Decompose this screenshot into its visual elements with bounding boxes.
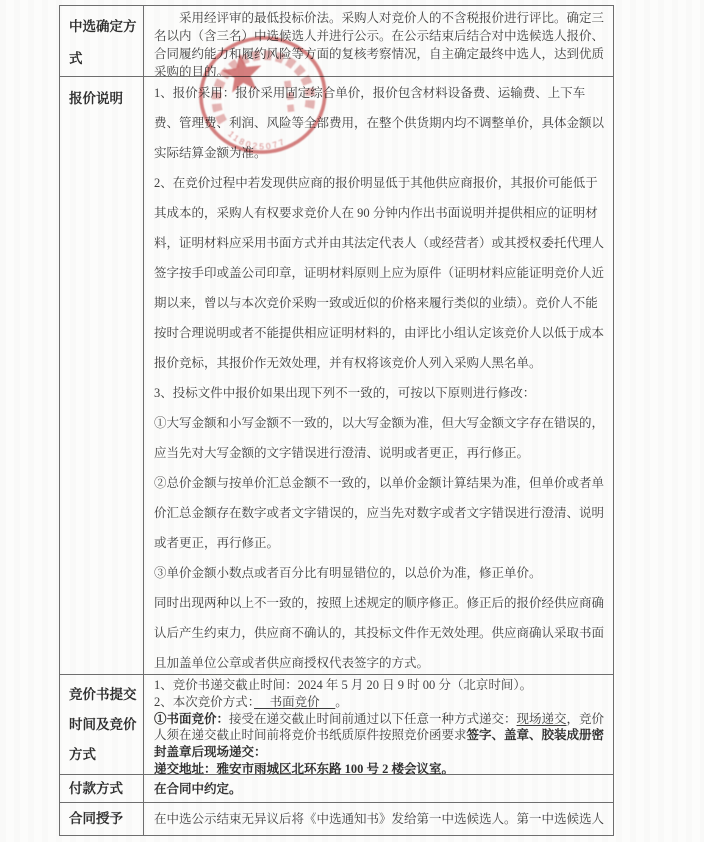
text-segment: 接受在递交截止时间前通过以下任意一种方式递交：: [229, 712, 517, 726]
rich-line: 2、本次竞价方式： 书面竞价 。: [154, 694, 605, 711]
row-label-quotation-notes: 报价说明: [60, 77, 144, 675]
text-segment: 1、竞价书递交截止时间：2024 年 5 月 20 日 9 时 00 分（北京时…: [154, 678, 532, 692]
paragraph: 2、在竞价过程中若发现供应商的报价明显低于其他供应商报价，其报价可能低于其成本的…: [154, 168, 605, 378]
text-segment: 递交地址：雅安市雨城区北环东路 100 号 2 楼会议室。: [154, 762, 454, 775]
row-content-payment-method: 在合同中约定。: [144, 775, 613, 803]
row-content-contract-award: 在中选公示结束无异议后将《中选通知书》发给第一中选候选人。第一中选候选人在: [144, 803, 613, 835]
procurement-terms-table: 中选确定方 式 采用经评审的最低投标价法。采购人对竞价人的不含税报价进行评比。确…: [59, 5, 614, 836]
row-content-selection-method: 采用经评审的最低投标价法。采购人对竞价人的不含税报价进行评比。确定三名以内（含三…: [144, 6, 613, 77]
rich-line: 1、竞价书递交截止时间：2024 年 5 月 20 日 9 时 00 分（北京时…: [154, 677, 605, 694]
text-segment: 书面竞价: [254, 695, 335, 709]
paragraph: 同时出现两种以上不一致的，按照上述规定的顺序修正。修正后的报价经供应商确认后产生…: [154, 588, 605, 675]
text-segment: 。: [335, 695, 348, 709]
row-content-submission-time-and-method: 1、竞价书递交截止时间：2024 年 5 月 20 日 9 时 00 分（北京时…: [144, 675, 613, 775]
scanned-document-page: { "page": { "background": "#fcfcfb", "te…: [0, 0, 704, 842]
row-content-quotation-notes: 1、报价采用：报价采用固定综合单价，报价包含材料设备费、运输费、上下车费、管理费…: [144, 77, 613, 675]
paragraph: ②总价金额与按单价汇总金额不一致的，以单价金额计算结果为准，但单价或者单价汇总金…: [154, 468, 605, 558]
row-label-payment-method: 付款方式: [60, 775, 144, 803]
paragraph: 1、报价采用：报价采用固定综合单价，报价包含材料设备费、运输费、上下车费、管理费…: [154, 78, 605, 168]
row-label-selection-method: 中选确定方 式: [60, 6, 144, 77]
paragraph: ③单价金额小数点或者百分比有明显错位的，以总价为准，修正单价。: [154, 558, 605, 588]
text-segment: 现场递交: [517, 712, 567, 726]
row-label-submission-time-and-method: 竞价书提交 时间及竞价 方式: [60, 675, 144, 775]
paragraph: ①大写金额和小写金额不一致的，以大写金额为准，但大写金额文字存在错误的，应当先对…: [154, 408, 605, 468]
row-label-contract-award: 合同授予: [60, 803, 144, 835]
text-segment: ①书面竞价：: [154, 712, 229, 726]
rich-line: ①书面竞价：接受在递交截止时间前通过以下任意一种方式递交：现场递交，竞价人须在递…: [154, 711, 605, 761]
rich-line: 递交地址：雅安市雨城区北环东路 100 号 2 楼会议室。: [154, 761, 605, 775]
text-segment: 2、本次竞价方式：: [154, 695, 254, 709]
paragraph: 3、投标文件中报价如果出现下列不一致的，可按以下原则进行修改：: [154, 378, 605, 408]
